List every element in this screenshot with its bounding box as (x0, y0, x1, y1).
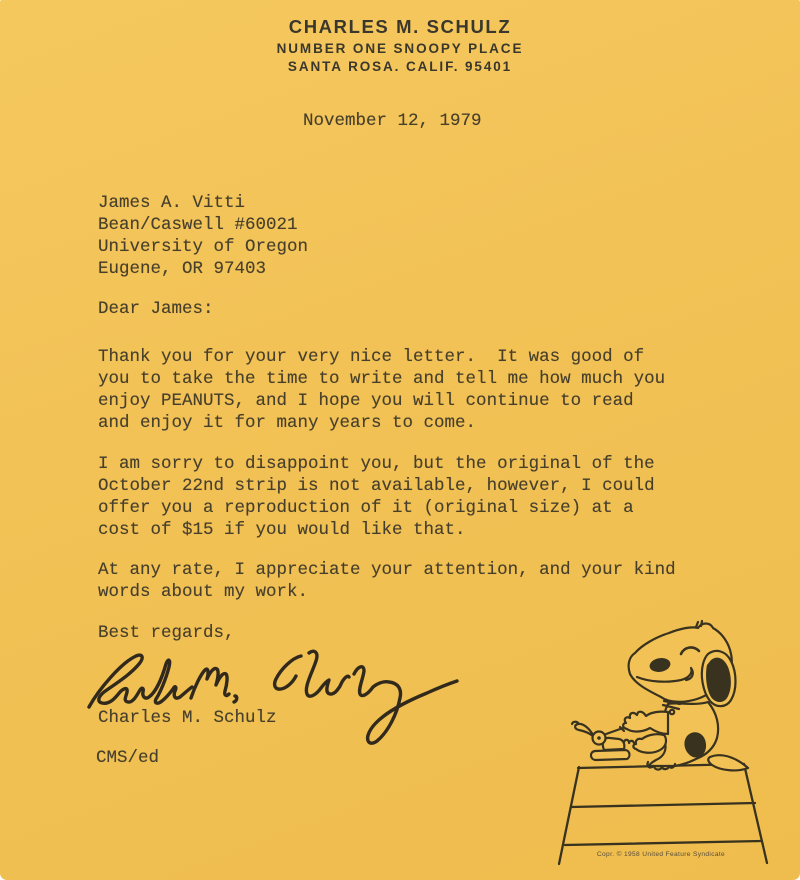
doghouse-roof (559, 764, 767, 864)
paragraph-line: enjoy PEANUTS, and I hope you will conti… (98, 390, 665, 412)
paragraph-line: Thank you for your very nice letter. It … (98, 346, 665, 368)
artwork-copyright: Copr. © 1958 United Feature Syndicate (550, 851, 772, 858)
paragraph-line: offer you a reproduction of it (original… (98, 497, 655, 519)
typed-signature-name: Charles M. Schulz (98, 707, 277, 729)
typewriter-knob-center (597, 736, 601, 740)
paragraph-line: words about my work. (98, 581, 676, 603)
letterhead-name: CHARLES M. SCHULZ (0, 16, 800, 38)
recipient-city: Eugene, OR 97403 (98, 258, 308, 280)
signature-stroke-charles (89, 655, 192, 707)
recipient-name: James A. Vitti (98, 192, 308, 214)
paragraph-line: and enjoy it for many years to come. (98, 412, 665, 434)
paragraph-2: I am sorry to disappoint you, but the or… (98, 453, 655, 541)
paragraph-line: October 22nd strip is not available, how… (98, 475, 655, 497)
letterhead-street: NUMBER ONE SNOOPY PLACE (0, 41, 800, 56)
signature-stroke-m (191, 669, 229, 698)
letterhead-city: SANTA ROSA. CALIF. 95401 (0, 59, 800, 74)
recipient-dept: Bean/Caswell #60021 (98, 214, 308, 236)
salutation: Dear James: (98, 298, 214, 320)
snoopy-figure (572, 621, 748, 770)
date-line: November 12, 1979 (303, 110, 482, 132)
recipient-org: University of Oregon (98, 236, 308, 258)
reference-initials: CMS/ed (96, 747, 159, 769)
snoopy-typing-illustration (550, 618, 800, 873)
paragraph-line: At any rate, I appreciate your attention… (98, 559, 676, 581)
snoopy-upper-paw (623, 712, 668, 734)
paragraph-line: cost of $15 if you would like that. (98, 519, 655, 541)
snoopy-tail (708, 755, 748, 770)
recipient-address: James A. Vitti Bean/Caswell #60021 Unive… (98, 192, 308, 280)
signature-stroke-period (234, 696, 237, 702)
snoopy-collar-tag (670, 710, 674, 714)
paragraph-1: Thank you for your very nice letter. It … (98, 346, 665, 434)
paragraph-3: At any rate, I appreciate your attention… (98, 559, 676, 603)
typewriter-return-lever (572, 722, 593, 736)
signature-stroke-schulz (275, 651, 457, 743)
paragraph-line: I am sorry to disappoint you, but the or… (98, 453, 655, 475)
typewriter-base (591, 750, 629, 760)
paragraph-line: you to take the time to write and tell m… (98, 368, 665, 390)
snoopy-lower-paw (633, 734, 666, 753)
letter-page: CHARLES M. SCHULZ NUMBER ONE SNOOPY PLAC… (0, 0, 800, 880)
typewriter-carriage (606, 727, 624, 734)
